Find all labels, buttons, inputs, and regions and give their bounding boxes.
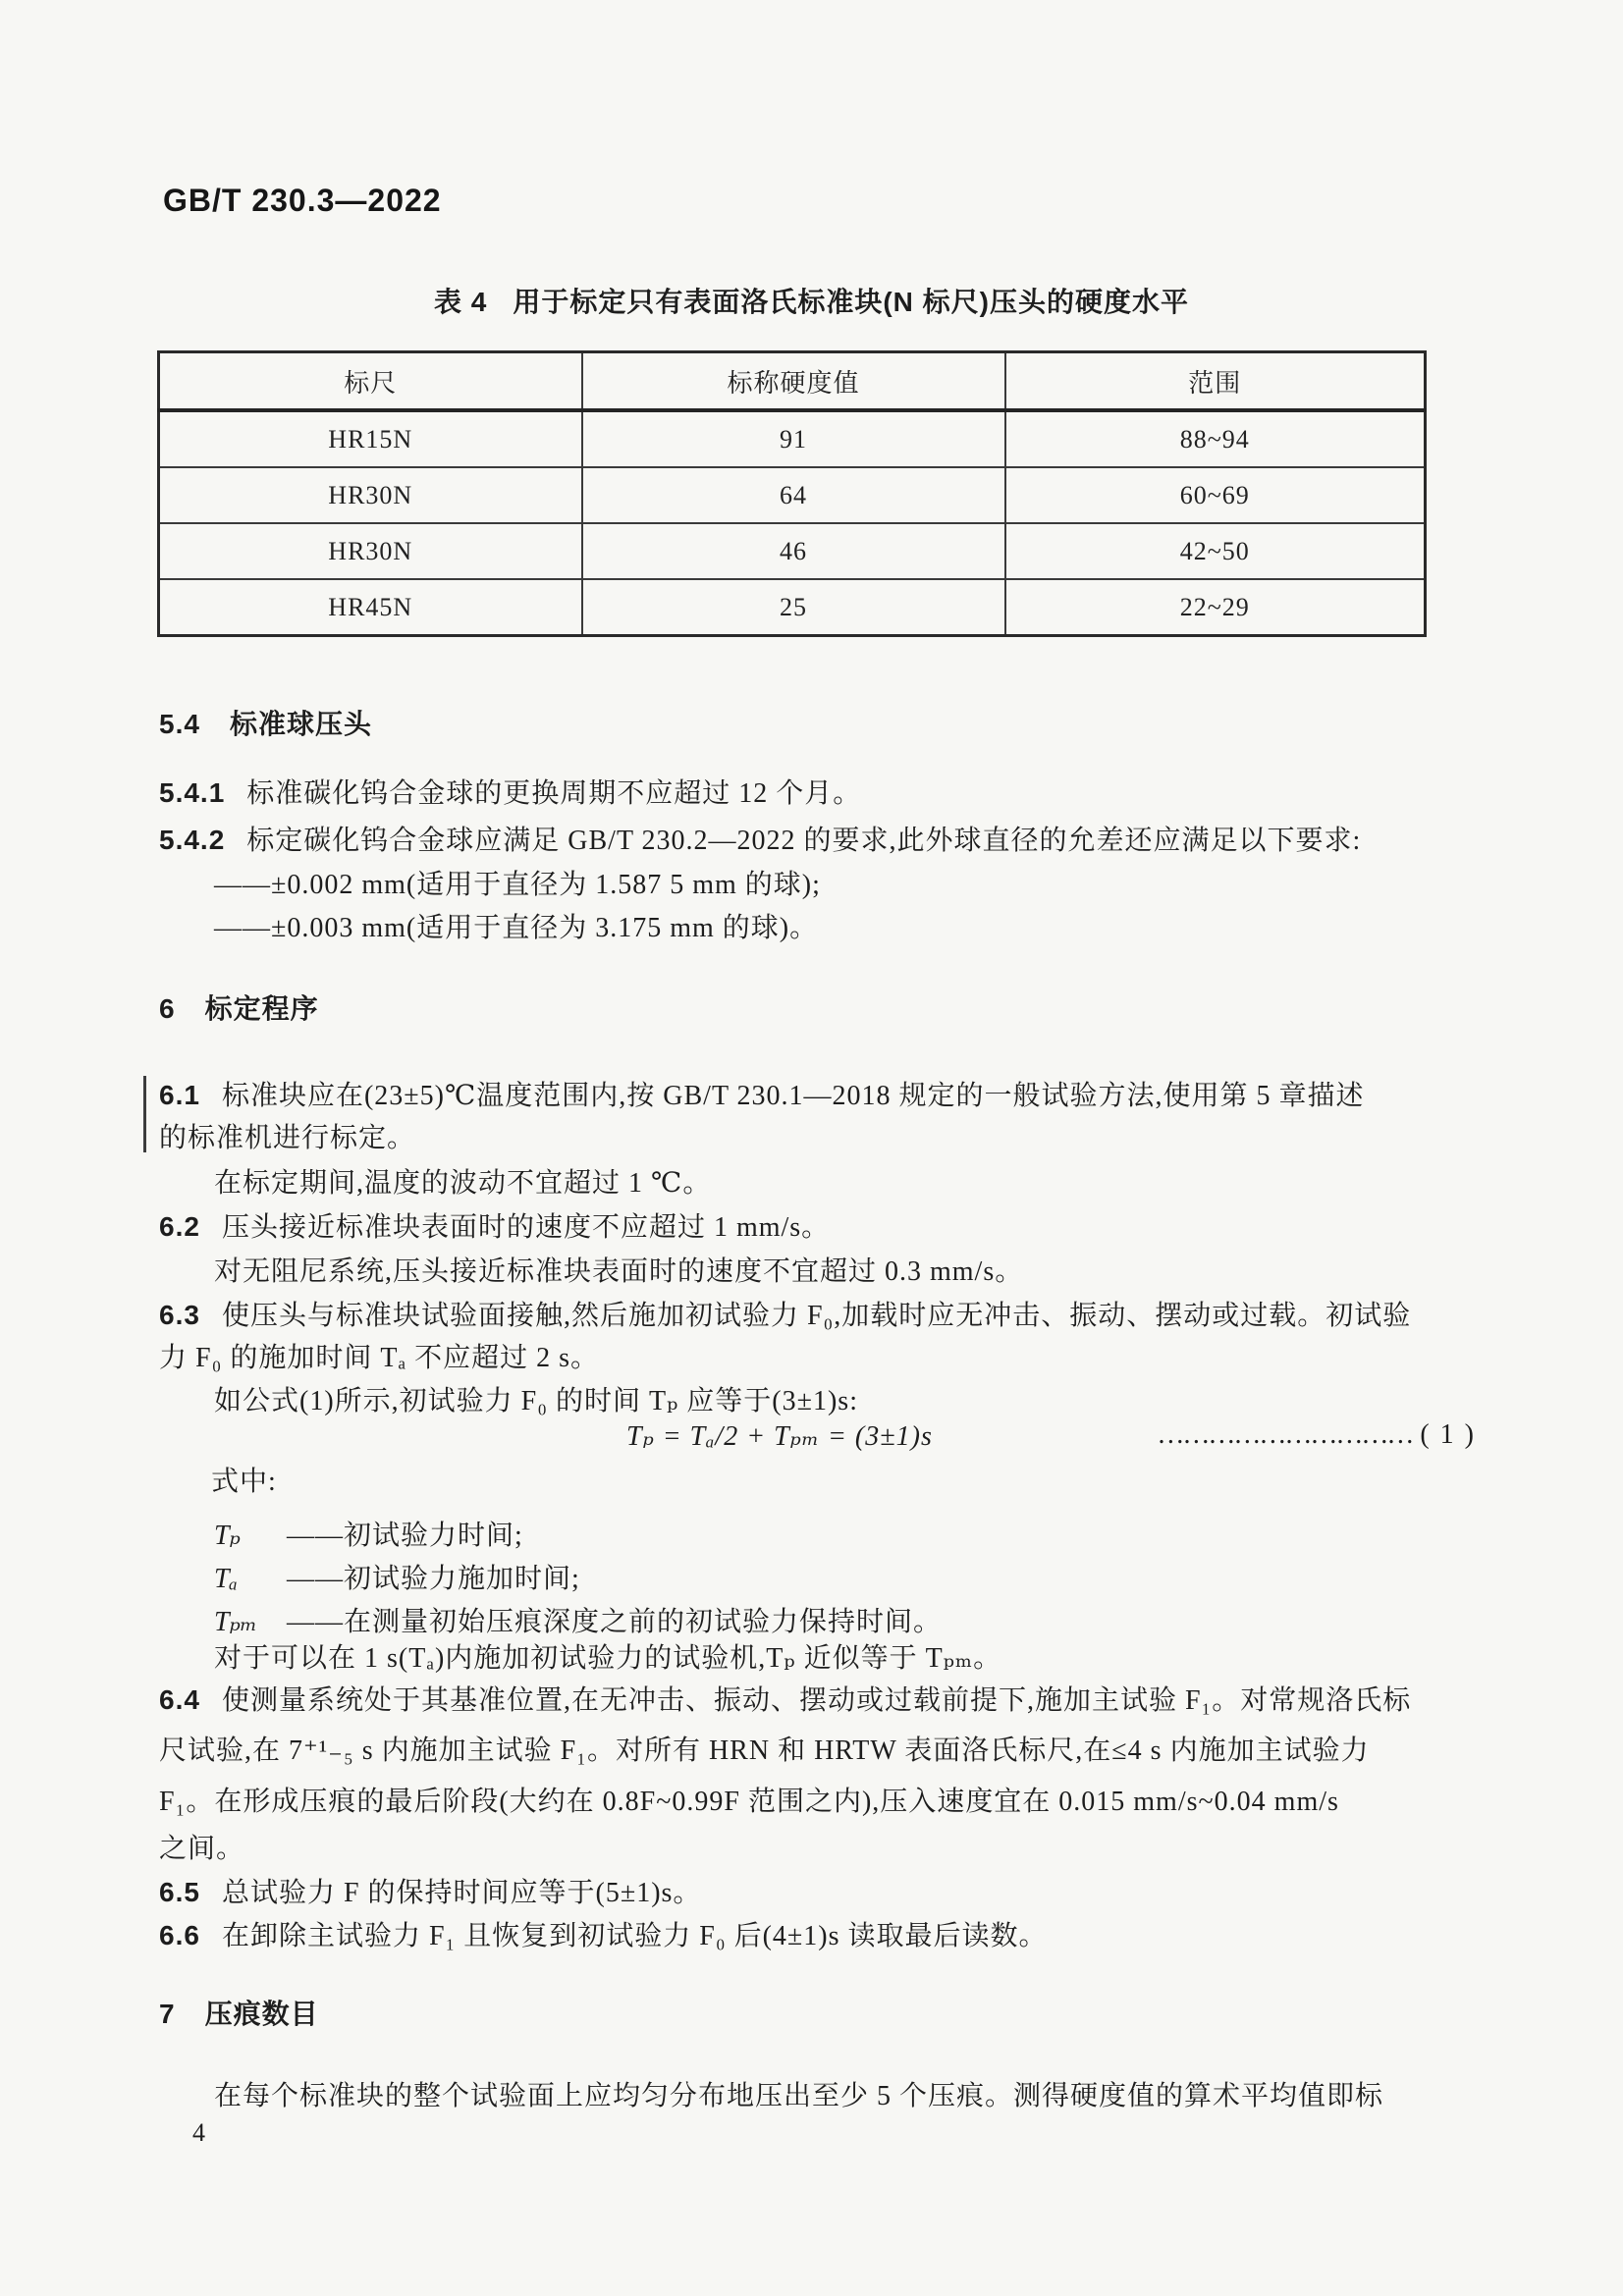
clause-text: 使压头与标准块试验面接触,然后施加初试验力 F₀,加载时应无冲击、振动、摆动或过…: [222, 1301, 1411, 1331]
dash-list-item: ——±0.002 mm(适用于直径为 1.587 5 mm 的球);: [214, 868, 821, 903]
clause-6-3-tail: 对于可以在 1 s(Tₐ)内施加初试验力的试验机,Tₚ 近似等于 Tₚₘ。: [214, 1641, 1001, 1677]
table-row: HR45N 25 22~29: [159, 579, 1426, 636]
clause-number: 6.2: [159, 1211, 200, 1242]
clause-number: 6.3: [159, 1300, 200, 1330]
where-label: 式中:: [211, 1465, 277, 1500]
table-row: HR30N 46 42~50: [159, 523, 1426, 579]
leader-dots: …………………………: [1157, 1419, 1412, 1450]
heading-6: 6标定程序: [159, 991, 319, 1027]
clause-6-1-line-1: 6.1标准块应在(23±5)℃温度范围内,按 GB/T 230.1—2018 规…: [159, 1078, 1365, 1114]
cell-range: 42~50: [1005, 523, 1426, 579]
heading-text: 压痕数目: [205, 1999, 319, 2029]
table-4: 标尺 标称硬度值 范围 HR15N 91 88~94 HR30N 64 60~6…: [157, 350, 1427, 637]
heading-text: 标准球压头: [230, 709, 372, 739]
definition-text: ——初试验力时间;: [287, 1521, 523, 1551]
cell-scale: HR30N: [159, 523, 582, 579]
clause-6-4-line-3: F₁。在形成压痕的最后阶段(大约在 0.8F~0.99F 范围之内),压入速度宜…: [159, 1785, 1339, 1820]
cell-nominal: 91: [582, 410, 1005, 467]
cell-scale: HR30N: [159, 467, 582, 523]
table-4-label: 表 4: [434, 287, 487, 317]
doc-number: GB/T 230.3—2022: [163, 183, 442, 219]
table-row: HR30N 64 60~69: [159, 467, 1426, 523]
symbol-definition: Tₚₘ——在测量初始压痕深度之前的初试验力保持时间。: [214, 1600, 942, 1639]
clause-6-2: 6.2压头接近标准块表面时的速度不应超过 1 mm/s。: [159, 1209, 830, 1246]
symbol: Tₚₘ: [214, 1605, 287, 1638]
symbol: Tₚ: [214, 1519, 287, 1552]
table-row: HR15N 91 88~94: [159, 410, 1426, 467]
symbol-definition: Tₚ——初试验力时间;: [214, 1514, 523, 1553]
clause-7-paragraph: 在每个标准块的整个试验面上应均匀分布地压出至少 5 个压痕。测得硬度值的算术平均…: [214, 2079, 1383, 2114]
clause-text: 压头接近标准块表面时的速度不应超过 1 mm/s。: [222, 1212, 830, 1243]
clause-text: 标准碳化钨合金球的更换周期不应超过 12 个月。: [246, 778, 861, 809]
clause-number: 5.4.1: [159, 777, 225, 808]
cell-nominal: 46: [582, 523, 1005, 579]
clause-6-4-line-4: 之间。: [159, 1832, 244, 1867]
cell-range: 60~69: [1005, 467, 1426, 523]
document-page: GB/T 230.3—2022 表 4用于标定只有表面洛氏标准块(N 标尺)压头…: [0, 0, 1623, 2296]
clause-text: 总试验力 F 的保持时间应等于(5±1)s。: [222, 1878, 702, 1908]
symbol: Tₐ: [214, 1564, 287, 1595]
cell-scale: HR45N: [159, 579, 582, 636]
cell-scale: HR15N: [159, 410, 582, 467]
clause-5-4-1: 5.4.1标准碳化钨合金球的更换周期不应超过 12 个月。: [159, 775, 861, 812]
clause-6-1-note: 在标定期间,温度的波动不宜超过 1 ℃。: [214, 1166, 711, 1201]
table-header-row: 标尺 标称硬度值 范围: [159, 352, 1426, 411]
clause-5-4-2: 5.4.2标定碳化钨合金球应满足 GB/T 230.2—2022 的要求,此外球…: [159, 823, 1361, 859]
cell-range: 22~29: [1005, 579, 1426, 636]
heading-7: 7压痕数目: [159, 1997, 319, 2032]
clause-number: 5.4.2: [159, 825, 225, 855]
formula-1-leader: …………………………( 1 ): [1157, 1419, 1476, 1451]
cell-nominal: 25: [582, 579, 1005, 636]
col-header-nominal-hardness: 标称硬度值: [582, 352, 1005, 411]
clause-6-6: 6.6在卸除主试验力 F₁ 且恢复到初试验力 F₀ 后(4±1)s 读取最后读数…: [159, 1918, 1048, 1954]
clause-6-2-note: 对无阻尼系统,压头接近标准块表面时的速度不宜超过 0.3 mm/s。: [214, 1255, 1023, 1290]
cell-nominal: 64: [582, 467, 1005, 523]
clause-number: 6: [159, 993, 176, 1024]
clause-text: 使测量系统处于其基准位置,在无冲击、振动、摆动或过载前提下,施加主试验 F₁。对…: [222, 1685, 1411, 1716]
cell-range: 88~94: [1005, 410, 1426, 467]
clause-text: 标准块应在(23±5)℃温度范围内,按 GB/T 230.1—2018 规定的一…: [222, 1081, 1365, 1111]
clause-number: 7: [159, 1999, 176, 2029]
page-number: 4: [192, 2118, 205, 2148]
definition-text: ——初试验力施加时间;: [287, 1564, 580, 1594]
equation-number: ( 1 ): [1420, 1419, 1476, 1450]
clause-text: 在卸除主试验力 F₁ 且恢复到初试验力 F₀ 后(4±1)s 读取最后读数。: [222, 1921, 1048, 1951]
clause-6-4-line-2: 尺试验,在 7⁺¹₋₅ s 内施加主试验 F₁。对所有 HRN 和 HRTW 表…: [159, 1734, 1370, 1769]
clause-number: 6.1: [159, 1080, 200, 1110]
table-4-title-text: 用于标定只有表面洛氏标准块(N 标尺)压头的硬度水平: [513, 287, 1189, 317]
clause-number: 6.6: [159, 1920, 200, 1950]
clause-6-3-note: 如公式(1)所示,初试验力 F₀ 的时间 Tₚ 应等于(3±1)s:: [214, 1384, 858, 1419]
formula-1: Tₚ = Tₐ/2 + Tₚₘ = (3±1)s: [626, 1419, 933, 1453]
dash-list-item: ——±0.003 mm(适用于直径为 3.175 mm 的球)。: [214, 911, 818, 946]
heading-text: 标定程序: [205, 993, 319, 1024]
clause-text: 标定碳化钨合金球应满足 GB/T 230.2—2022 的要求,此外球直径的允差…: [246, 826, 1361, 856]
clause-6-5: 6.5总试验力 F 的保持时间应等于(5±1)s。: [159, 1875, 701, 1911]
revision-change-bar: [143, 1076, 146, 1152]
clause-6-3-line-2: 力 F₀ 的施加时间 Tₐ 不应超过 2 s。: [159, 1341, 599, 1376]
clause-6-3-line-1: 6.3使压头与标准块试验面接触,然后施加初试验力 F₀,加载时应无冲击、振动、摆…: [159, 1298, 1411, 1334]
heading-5-4: 5.4标准球压头: [159, 707, 372, 742]
clause-number: 5.4: [159, 709, 200, 739]
clause-6-1-line-2: 的标准机进行标定。: [159, 1121, 415, 1156]
clause-number: 6.5: [159, 1877, 200, 1907]
clause-number: 6.4: [159, 1684, 200, 1715]
symbol-definition: Tₐ——初试验力施加时间;: [214, 1557, 580, 1596]
table-4-title: 表 4用于标定只有表面洛氏标准块(N 标尺)压头的硬度水平: [0, 281, 1623, 320]
col-header-range: 范围: [1005, 352, 1426, 411]
definition-text: ——在测量初始压痕深度之前的初试验力保持时间。: [287, 1607, 942, 1637]
clause-6-4-line-1: 6.4使测量系统处于其基准位置,在无冲击、振动、摆动或过载前提下,施加主试验 F…: [159, 1682, 1411, 1719]
col-header-scale: 标尺: [159, 352, 582, 411]
